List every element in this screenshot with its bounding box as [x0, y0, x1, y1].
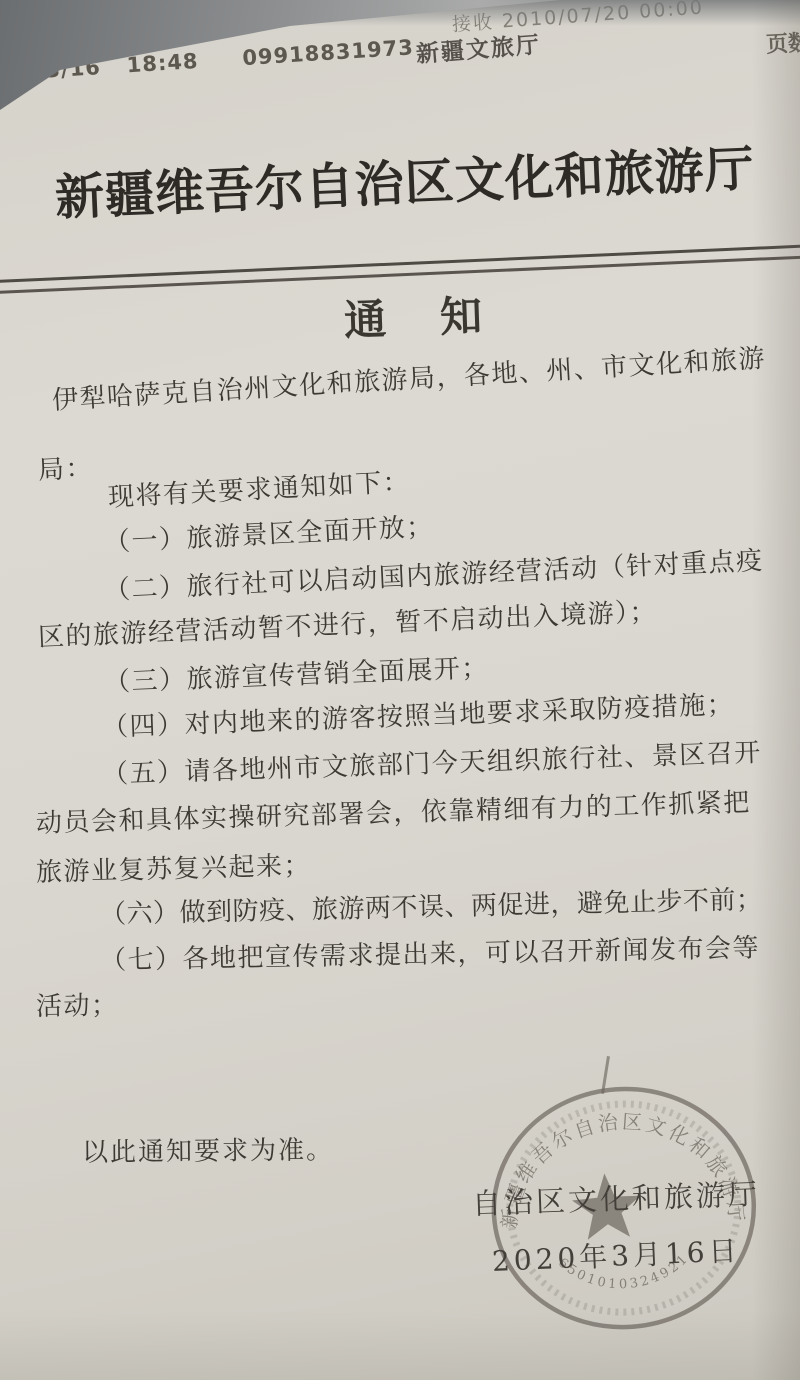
fax-number: 09918831973 [242, 35, 415, 70]
closing-line: 以此通知要求为准。 [82, 1129, 334, 1169]
doc-title: 通 知 [343, 283, 489, 348]
body-line: 局： [37, 447, 94, 487]
body-line: 现将有关要求通知如下： [107, 461, 411, 514]
letterhead-org-title: 新疆维吾尔自治区文化和旅游厅 [44, 130, 766, 230]
body-line: （三）旅游宣传营销全面展开； [103, 647, 489, 699]
body-line: （五）请各地州市文旅部门今天组织旅行社、景区召开 [101, 732, 762, 791]
body-line: （六）做到防疫、旅游两不误、两促进，避免止步不前； [100, 879, 763, 931]
body-line: 旅游业复苏复兴起来； [36, 845, 312, 889]
body-line: 伊犁哈萨克自治州文化和旅游局，各地、州、市文化和旅游 [51, 338, 767, 417]
body-line: （一）旅游景区全面开放； [103, 506, 434, 559]
body-line: 活动； [36, 985, 119, 1023]
fax-sender-name: 新疆文旅厅 [415, 26, 542, 69]
body-line: 动员会和具体实操研究部署会，依靠精细有力的工作抓紧把 [35, 782, 751, 840]
body-line: （七）各地把宣传需求提出来，可以召开新闻发布会等 [100, 927, 761, 977]
document-photo: 接收 2010/07/20 00:00 新疆文旅厅 页数 20/03/1618:… [0, 0, 800, 1380]
